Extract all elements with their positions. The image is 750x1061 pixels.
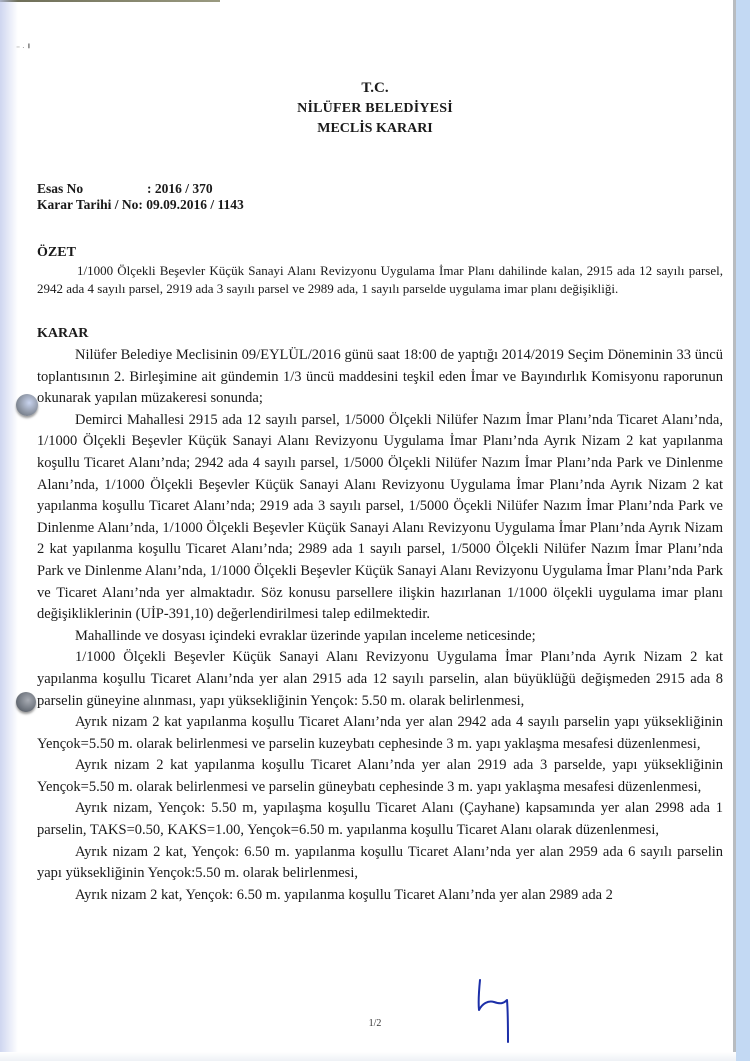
page-bottom-edge bbox=[0, 1052, 736, 1061]
karar-paragraph: Demirci Mahallesi 2915 ada 12 sayılı par… bbox=[37, 410, 723, 626]
signature-mark bbox=[470, 976, 520, 1046]
scanner-background bbox=[736, 0, 750, 1061]
karar-paragraph: Ayrık nizam, Yençok: 5.50 m, yapılaşma k… bbox=[37, 798, 723, 841]
scan-top-edge bbox=[0, 0, 220, 2]
karar-paragraph: Ayrık nizam 2 kat, Yençok: 6.50 m. yapıl… bbox=[37, 842, 723, 885]
karar-paragraph: Ayrık nizam 2 kat, Yençok: 6.50 m. yapıl… bbox=[37, 885, 723, 907]
karar-tarihi-value: : 09.09.2016 / 1143 bbox=[138, 197, 243, 212]
esas-no-value: : 2016 / 370 bbox=[147, 181, 213, 196]
karar-tarihi-label: Karar Tarihi / No bbox=[37, 197, 138, 213]
scan-left-shadow bbox=[0, 0, 18, 1061]
karar-body: Nilüfer Belediye Meclisinin 09/EYLÜL/201… bbox=[37, 345, 723, 906]
scan-speck: ⁻ ˑ ╹ bbox=[16, 44, 31, 53]
header-institution: NİLÜFER BELEDİYESİ bbox=[0, 101, 750, 117]
karar-paragraph: Ayrık nizam 2 kat yapılanma koşullu Tica… bbox=[37, 712, 723, 755]
header-document-type: MECLİS KARARI bbox=[0, 121, 750, 137]
karar-tarihi-row: Karar Tarihi / No: 09.09.2016 / 1143 bbox=[37, 197, 244, 213]
esas-no-row: Esas No: 2016 / 370 bbox=[37, 181, 213, 197]
ozet-text: 1/1000 Ölçekli Beşevler Küçük Sanayi Ala… bbox=[37, 262, 723, 298]
karar-paragraph: 1/1000 Ölçekli Beşevler Küçük Sanayi Ala… bbox=[37, 647, 723, 712]
ozet-heading: ÖZET bbox=[37, 245, 76, 261]
header-tc: T.C. bbox=[0, 80, 750, 97]
esas-no-label: Esas No bbox=[37, 181, 147, 197]
karar-heading: KARAR bbox=[37, 326, 88, 342]
page-number: 1/2 bbox=[0, 1018, 750, 1029]
punch-hole-icon bbox=[16, 394, 38, 416]
karar-paragraph: Mahallinde ve dosyası içindeki evraklar … bbox=[37, 626, 723, 648]
punch-hole-icon bbox=[16, 692, 36, 712]
karar-paragraph: Nilüfer Belediye Meclisinin 09/EYLÜL/201… bbox=[37, 345, 723, 410]
karar-paragraph: Ayrık nizam 2 kat yapılanma koşullu Tica… bbox=[37, 755, 723, 798]
